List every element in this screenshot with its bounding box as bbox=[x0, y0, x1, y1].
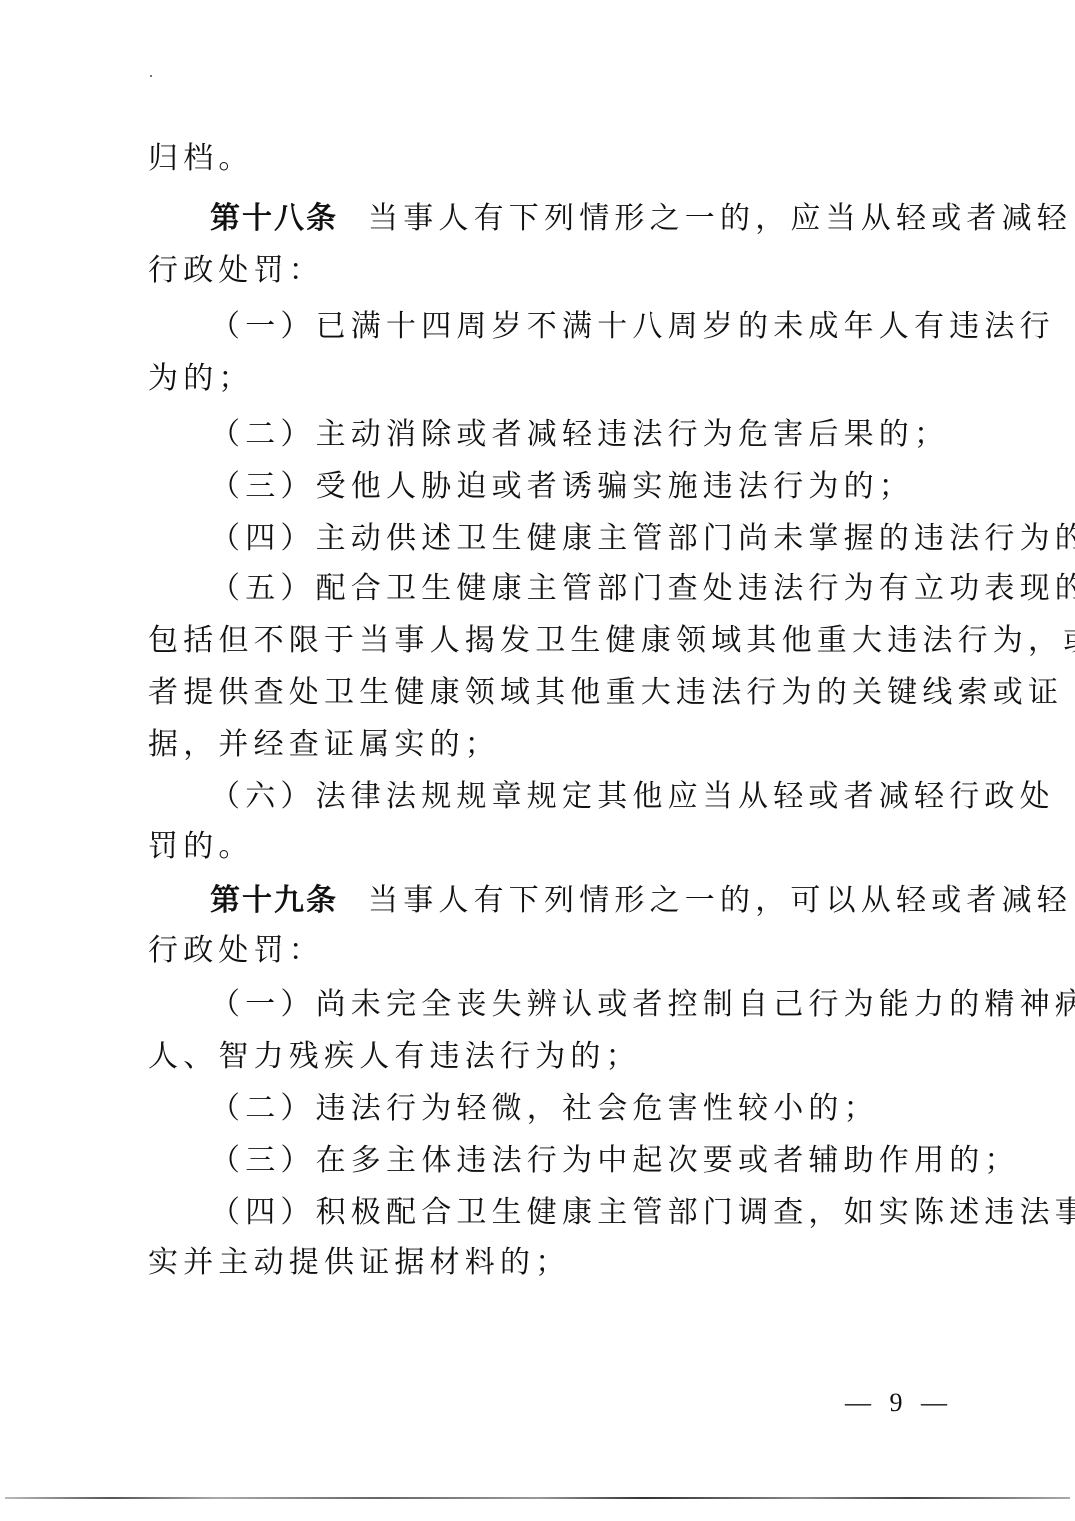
list-item: （五）配合卫生健康主管部门查处违法行为有立功表现的， bbox=[210, 572, 1075, 606]
scan-speck bbox=[150, 75, 152, 77]
list-item: （四）主动供述卫生健康主管部门尚未掌握的违法行为的； bbox=[210, 522, 1075, 556]
text-line: 行政处罚： bbox=[148, 934, 324, 968]
list-item: （一）已满十四周岁不满十八周岁的未成年人有违法行 bbox=[210, 310, 1055, 344]
article-18: 第十八条当事人有下列情形之一的，应当从轻或者减轻 bbox=[210, 202, 1072, 236]
list-item: （四）积极配合卫生健康主管部门调查，如实陈述违法事 bbox=[210, 1196, 1075, 1230]
text-line: 行政处罚： bbox=[148, 254, 324, 288]
text-line: 为的； bbox=[148, 362, 254, 396]
text-line: 实并主动提供证据材料的； bbox=[148, 1246, 570, 1280]
article-19: 第十九条当事人有下列情形之一的，可以从轻或者减轻 bbox=[210, 884, 1072, 918]
scan-edge-line bbox=[5, 1497, 1070, 1499]
article-text: 当事人有下列情形之一的，应当从轻或者减轻 bbox=[368, 201, 1072, 236]
list-item: （二）违法行为轻微，社会危害性较小的； bbox=[210, 1092, 879, 1126]
list-item: （二）主动消除或者减轻违法行为危害后果的； bbox=[210, 418, 949, 452]
article-text: 当事人有下列情形之一的，可以从轻或者减轻 bbox=[368, 883, 1072, 918]
document-page: 归档。 第十八条当事人有下列情形之一的，应当从轻或者减轻 行政处罚： （一）已满… bbox=[0, 0, 1075, 1521]
article-heading: 第十八条 bbox=[210, 201, 338, 236]
text-line: 包括但不限于当事人揭发卫生健康领域其他重大违法行为，或 bbox=[148, 624, 1075, 658]
article-heading: 第十九条 bbox=[210, 883, 338, 918]
list-item: （六）法律法规规章规定其他应当从轻或者减轻行政处 bbox=[210, 780, 1055, 814]
text-line: 者提供查处卫生健康领域其他重大违法行为的关键线索或证 bbox=[148, 676, 1063, 710]
text-line: 人、智力残疾人有违法行为的； bbox=[148, 1040, 641, 1074]
text-line: 罚的。 bbox=[148, 830, 254, 864]
list-item: （三）在多主体违法行为中起次要或者辅助作用的； bbox=[210, 1144, 1020, 1178]
list-item: （三）受他人胁迫或者诱骗实施违法行为的； bbox=[210, 470, 914, 504]
list-item: （一）尚未完全丧失辨认或者控制自己行为能力的精神病 bbox=[210, 988, 1075, 1022]
text-line: 归档。 bbox=[148, 142, 254, 176]
text-line: 据，并经查证属实的； bbox=[148, 728, 500, 762]
page-number: — 9 — bbox=[845, 1388, 953, 1418]
